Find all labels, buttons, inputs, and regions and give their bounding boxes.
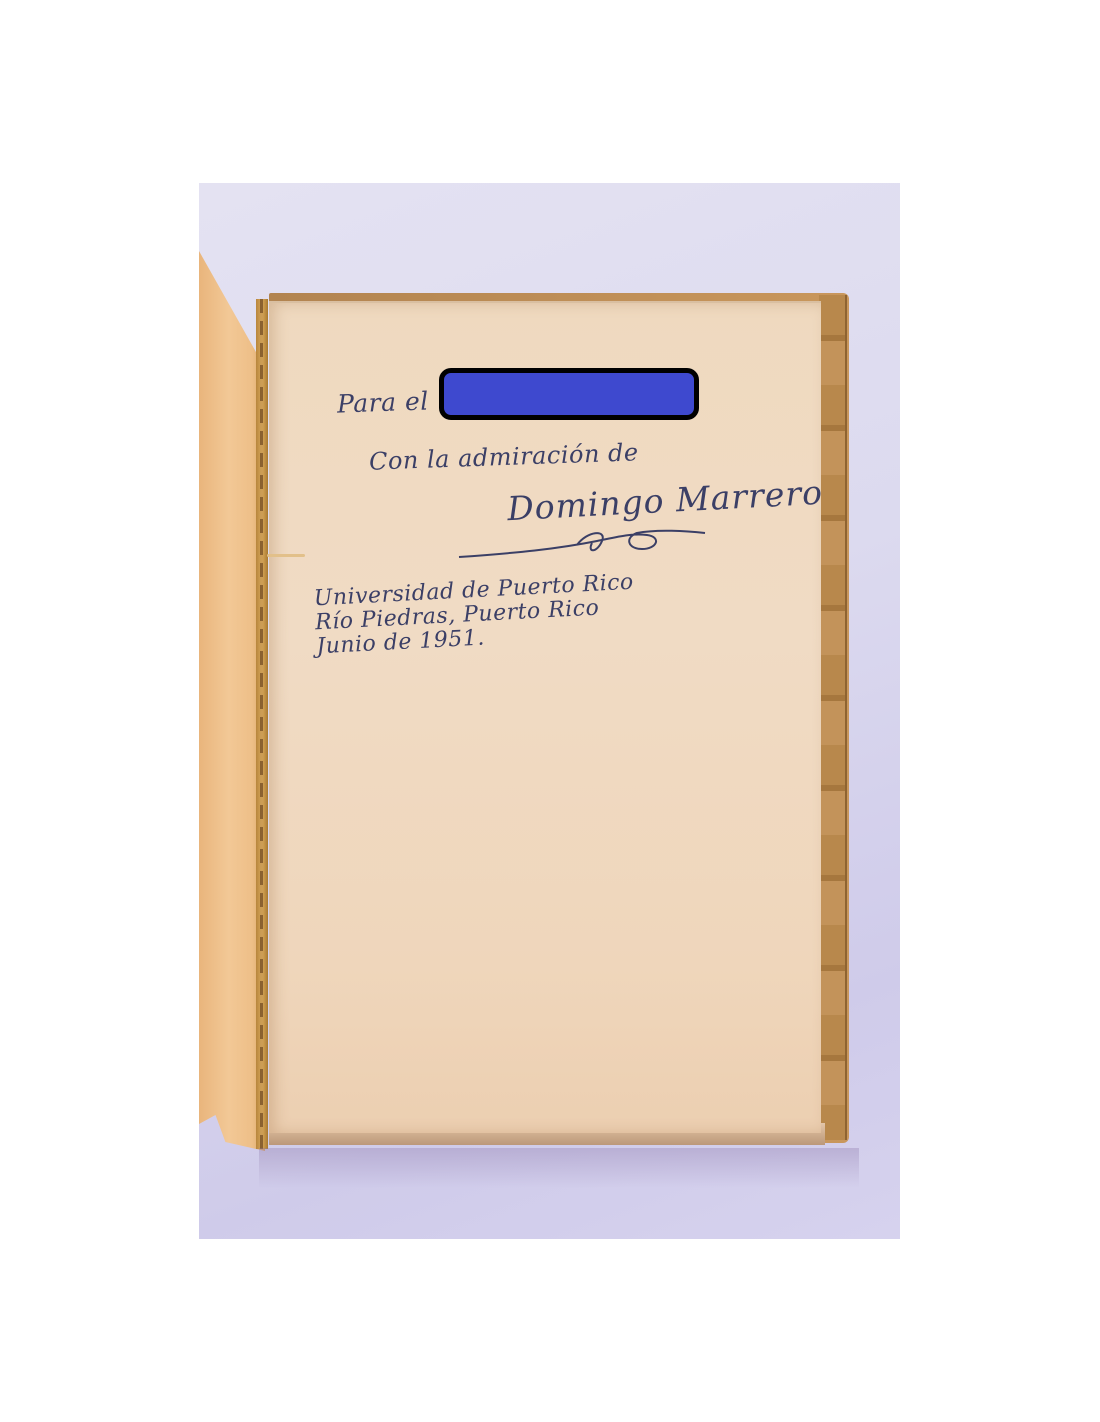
back-cover-edge <box>819 295 847 1140</box>
flyleaf-page <box>269 301 821 1133</box>
inscription-greeting: Para el <box>337 386 430 418</box>
book-photo: Para el Con la admiración de Domingo Mar… <box>199 183 900 1239</box>
binding-thread <box>267 554 305 557</box>
signature-flourish-icon <box>457 523 707 563</box>
redaction-box <box>439 368 699 420</box>
book-shadow <box>259 1148 859 1188</box>
book-spine <box>256 299 268 1149</box>
